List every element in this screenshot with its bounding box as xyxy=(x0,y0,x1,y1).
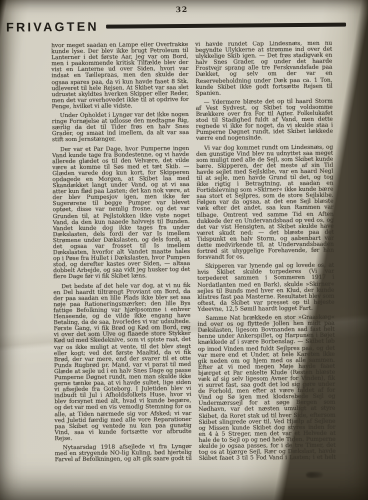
article-body: hvor meget saadan en Lampe eller Overfra… xyxy=(51,41,336,469)
paragraph: Vi var dog kommet rundt om Lindesnæs, og… xyxy=(196,144,334,261)
masthead-rule xyxy=(106,22,346,29)
paragraph: Der var et Par Dage, hvor Pumperne ingen… xyxy=(52,145,190,280)
masthead: FRIVAGTEN xyxy=(6,18,346,35)
paragraph: hvor meget saadan en Lampe eller Overfra… xyxy=(51,42,189,110)
paragraph: Under Opholdet i Lyngør var det ikke nog… xyxy=(52,112,189,144)
paragraph: — Ydermere blæste det op til haard Storm… xyxy=(196,99,333,143)
scanned-page: 32 FRIVAGTEN hvor meget saadan en Lampe … xyxy=(0,0,368,500)
ink-smudge-mark xyxy=(306,472,323,478)
paragraph: Skipperen var lynende gal og lovede os, … xyxy=(197,263,334,313)
scanned-magazine-photo: 32 FRIVAGTEN hvor meget saadan en Lampe … xyxy=(0,0,368,500)
page-number: 32 xyxy=(0,3,366,15)
masthead-title: FRIVAGTEN xyxy=(6,20,99,35)
paragraph: Det bedste af det hele var dog, at vi nu… xyxy=(53,283,191,443)
